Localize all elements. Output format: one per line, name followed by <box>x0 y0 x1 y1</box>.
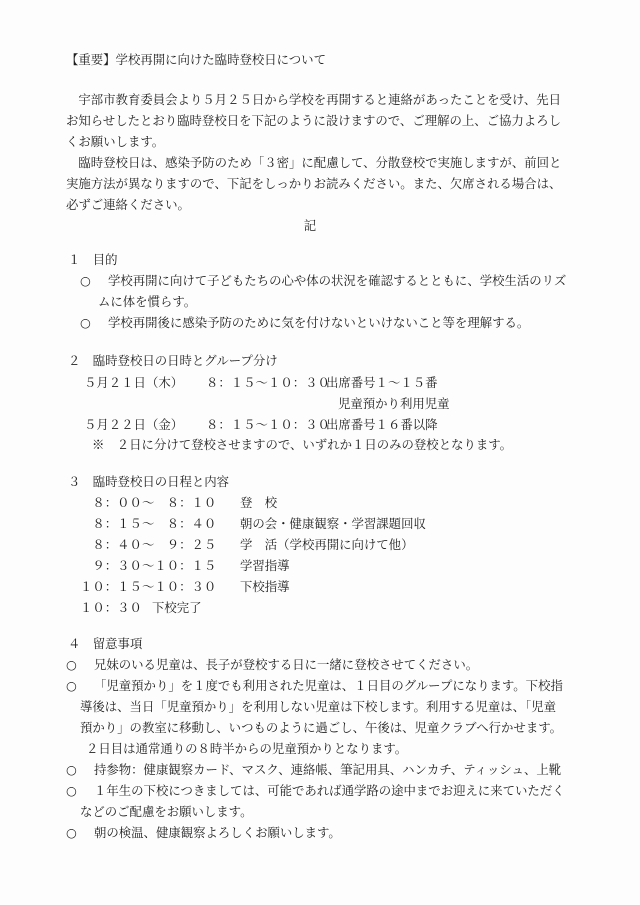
intro-line: くお願いします。 <box>66 134 164 150</box>
circle-bullet-icon: ○ <box>66 657 94 673</box>
group-members: 出席番号１～１５番 <box>326 375 438 390</box>
schedule-row: ９：３０～１０：１５学習指導 <box>80 558 290 574</box>
circle-bullet-icon: ○ <box>66 762 94 778</box>
intro-line: 宇部市教育委員会より５月２５日から学校を再開すると連絡があったことを受け、先日 <box>66 92 561 108</box>
section-4-bullet-cont: 預かり」の教室に移動し、いつものように過ごし、午後は、児童クラブへ行かせます。 <box>80 720 562 736</box>
group-row: ５月２２日（金）８：１５～１０：３０出席番号１６番以降 <box>84 417 438 433</box>
intro-line: 臨時登校日は、感染予防のため「３密」に配慮して、分散登校で実施しますが、前回と <box>66 155 561 171</box>
circle-bullet-icon: ○ <box>80 315 108 331</box>
circle-bullet-icon: ○ <box>66 825 94 841</box>
section-4-bullet: ○朝の検温、健康観察よろしくお願いします。 <box>66 825 341 841</box>
section-1-bullet: ○学校再開後に感染予防のために気を付けないといけないこと等を理解する。 <box>80 315 529 331</box>
group-row: ５月２１日（木）８：１５～１０：３０出席番号１～１５番 <box>84 375 438 391</box>
schedule-row: １０：３０下校完了 <box>80 600 202 616</box>
schedule-row: １０：１５～１０：３０下校指導 <box>80 579 290 595</box>
section-4-bullet-cont: 導後は、当日「児童預かり」を利用しない児童は下校します。利用する児童は、「児童 <box>80 699 556 715</box>
section-4-bullet: ○持参物：健康観察カード、マスク、連絡帳、筆記用具、ハンカチ、ティッシュ、上靴 <box>66 762 561 778</box>
circle-bullet-icon: ○ <box>66 678 94 694</box>
intro-line: お知らせしたとおり臨時登校日を下記のように設けますので、ご理解の上、ご協力よろし <box>66 113 561 129</box>
schedule-row: ８：４０～ ９：２５学 活（学校再開に向けて他） <box>80 537 413 553</box>
section-4-bullet: ○「児童預かり」を１度でも利用された児童は、１日目のグループになります。下校指 <box>66 678 563 694</box>
group-time: ８：１５～１０：３０ <box>206 417 326 433</box>
ki-heading: 記 <box>0 218 620 234</box>
section-1-heading: １ 目的 <box>68 252 118 268</box>
section-2-heading: ２ 臨時登校日の日時とグループ分け <box>68 353 278 369</box>
document-page: 【重要】学校再開に向けた臨時登校日について 宇部市教育委員会より５月２５日から学… <box>0 0 640 905</box>
circle-bullet-icon: ○ <box>66 783 94 799</box>
group-note: ※ ２日に分けて登校させますので、いずれか１日のみの登校となります。 <box>92 437 512 453</box>
document-title: 【重要】学校再開に向けた臨時登校日について <box>66 52 326 68</box>
schedule-row: ８：１５～ ８：４０朝の会・健康観察・学習課題回収 <box>80 516 426 532</box>
intro-line: 必ずご連絡ください。 <box>66 197 190 213</box>
section-3-heading: ３ 臨時登校日の日程と内容 <box>68 474 229 490</box>
section-4-bullet-cont: ２日目は通常通りの８時半からの児童預かりとなります。 <box>86 741 407 757</box>
group-members: 出席番号１６番以降 <box>326 417 438 432</box>
schedule-row: ８：００～ ８：１０登 校 <box>80 495 277 511</box>
group-time: ８：１５～１０：３０ <box>206 375 326 391</box>
intro-line: 実施方法が異なりますので、下記をしっかりお読みください。また、欠席される場合は、 <box>66 176 561 192</box>
section-4-bullet-cont: などのご配慮をお願いします。 <box>80 804 252 820</box>
section-4-heading: ４ 留意事項 <box>68 636 142 652</box>
section-4-bullet: ○１年生の下校につきましては、可能であれば通学路の途中までお迎えに来ていただく <box>66 783 565 799</box>
circle-bullet-icon: ○ <box>80 273 108 289</box>
section-4-bullet: ○兄妹のいる児童は、長子が登校する日に一緒に登校させてください。 <box>66 657 478 673</box>
group-date: ５月２１日（木） <box>84 375 206 391</box>
section-1-bullet-cont: ムに体を慣らす。 <box>98 294 196 310</box>
section-1-bullet: ○学校再開に向けて子どもたちの心や体の状況を確認するとともに、学校生活のリズ <box>80 273 566 289</box>
group-date: ５月２２日（金） <box>84 417 206 433</box>
group-members-2: 児童預かり利用児童 <box>338 396 450 412</box>
